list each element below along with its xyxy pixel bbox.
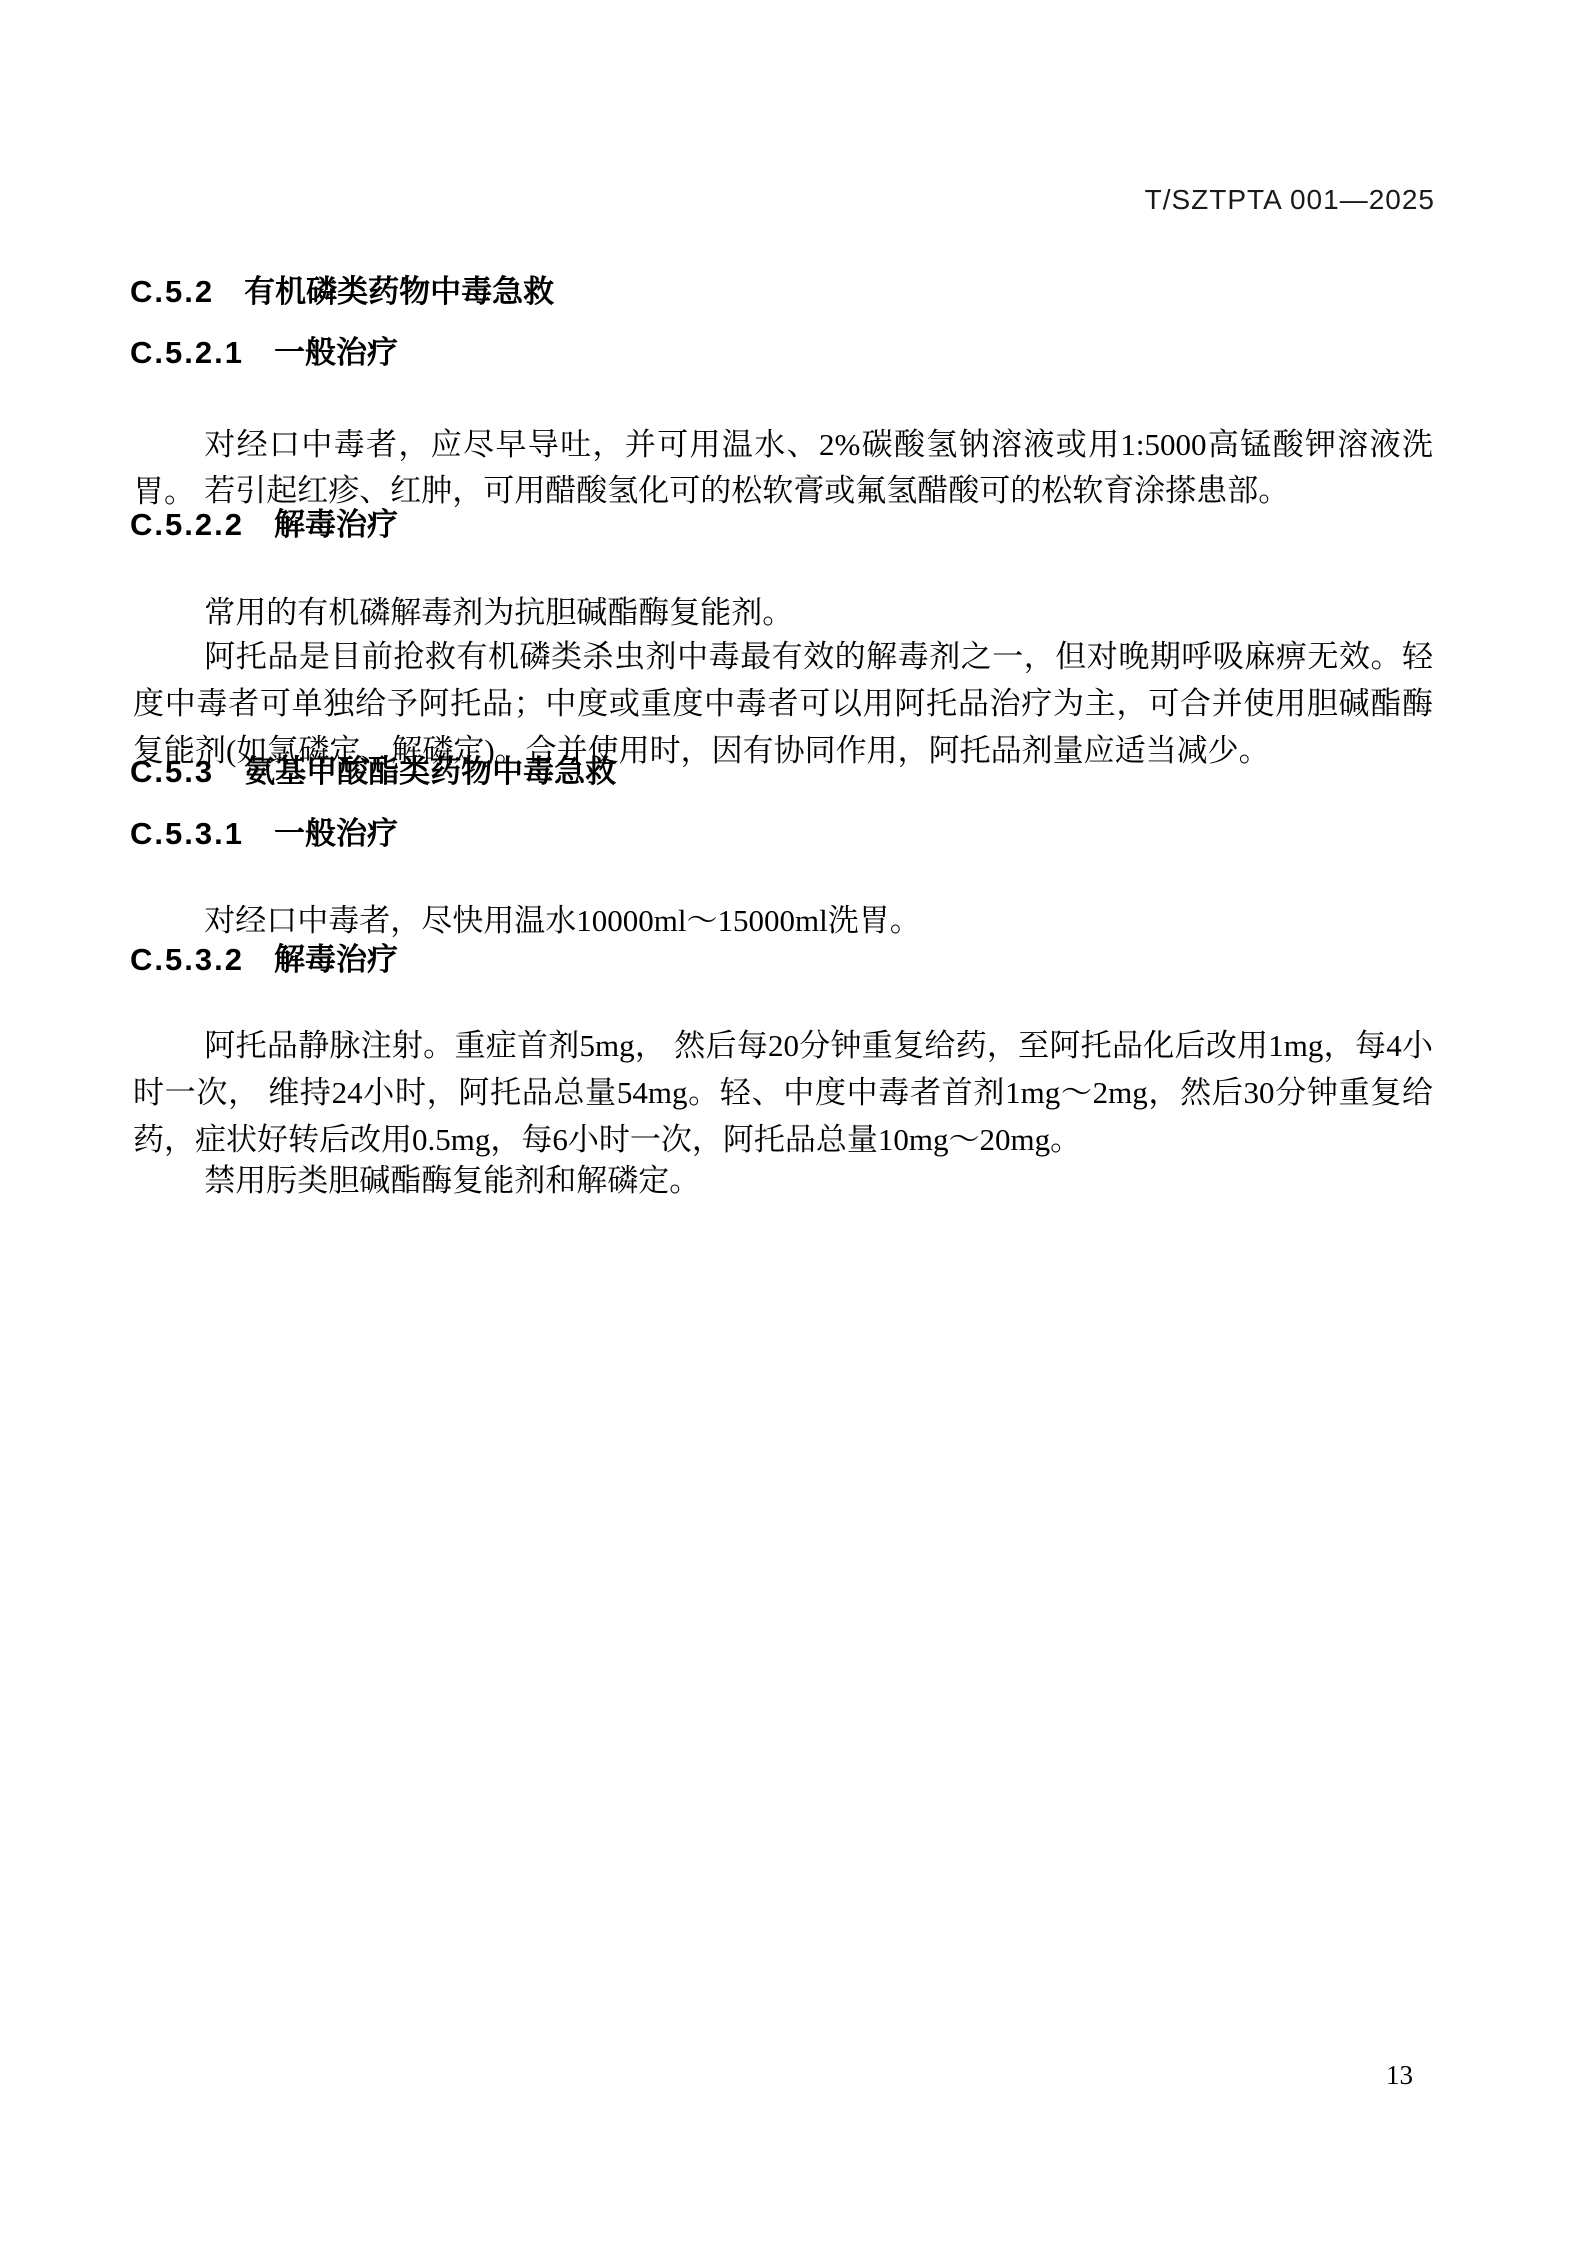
section-title: 氨基甲酸酯类药物中毒急救: [244, 754, 616, 789]
section-title: 解毒治疗: [274, 507, 398, 542]
section-number: C.5.3.1: [130, 816, 244, 852]
section-number: C.5.3: [130, 754, 214, 790]
section-title: 解毒治疗: [274, 942, 398, 977]
standard-number-header: T/SZTPTA 001—2025: [1145, 184, 1435, 216]
section-heading-c522: C.5.2.2解毒治疗: [130, 499, 398, 544]
section-number: C.5.3.2: [130, 942, 244, 978]
section-title: 一般治疗: [274, 816, 398, 851]
section-heading-c521: C.5.2.1一般治疗: [130, 327, 398, 372]
section-title: 有机磷类药物中毒急救: [244, 274, 554, 309]
body-paragraph: 常用的有机磷解毒剂为抗胆碱酯酶复能剂。: [133, 589, 1433, 636]
section-number: C.5.2: [130, 274, 214, 310]
section-heading-c531: C.5.3.1一般治疗: [130, 808, 398, 853]
body-paragraph: 禁用肟类胆碱酯酶复能剂和解磷定。: [133, 1157, 1433, 1204]
section-title: 一般治疗: [274, 335, 398, 370]
document-page: T/SZTPTA 001—2025 C.5.2有机磷类药物中毒急救 C.5.2.…: [0, 0, 1587, 2245]
section-number: C.5.2.1: [130, 335, 244, 371]
section-heading-c53: C.5.3氨基甲酸酯类药物中毒急救: [130, 746, 616, 791]
page-number: 13: [1386, 2060, 1413, 2091]
body-paragraph: 阿托品静脉注射。重症首剂5mg， 然后每20分钟重复给药，至阿托品化后改用1mg…: [133, 1022, 1433, 1163]
section-heading-c532: C.5.3.2解毒治疗: [130, 934, 398, 979]
section-number: C.5.2.2: [130, 507, 244, 543]
section-heading-c52: C.5.2有机磷类药物中毒急救: [130, 266, 554, 311]
